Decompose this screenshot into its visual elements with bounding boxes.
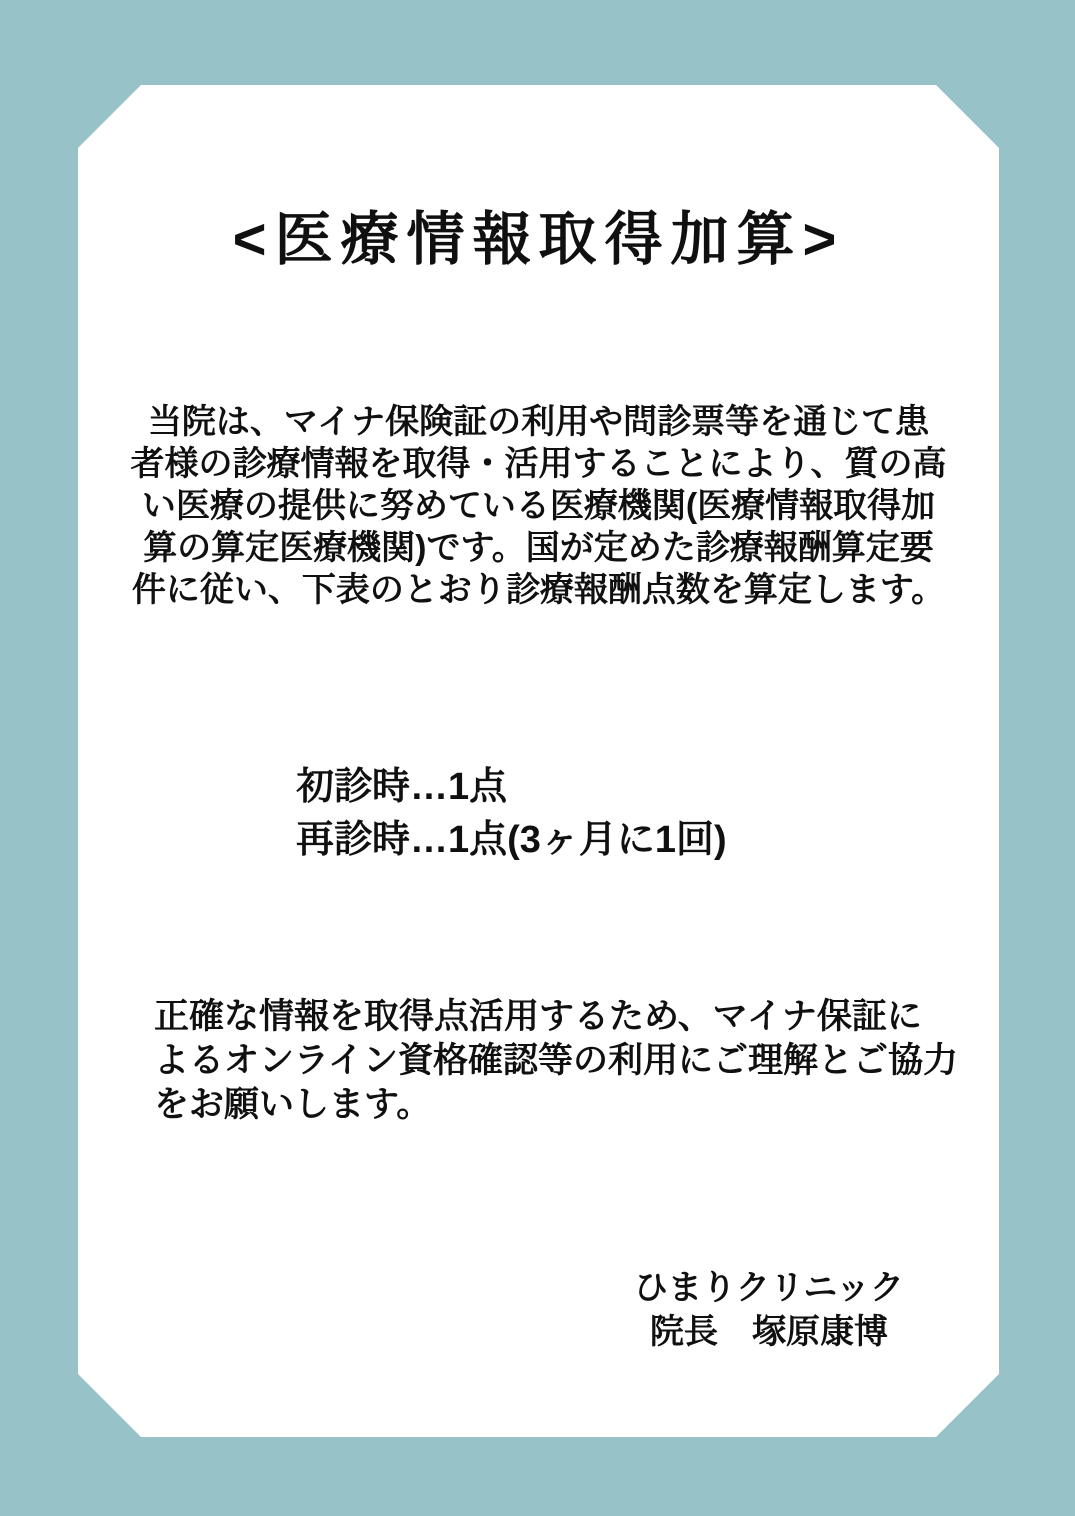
intro-line: 者様の診療情報を取得・活用することにより、質の高 <box>78 443 999 485</box>
poster-background: <医療情報取得加算> 当院は、マイナ保険証の利用や問診票等を通じて患 者様の診療… <box>0 0 1075 1516</box>
request-line: をお願いします。 <box>154 1083 954 1127</box>
poster-card: <医療情報取得加算> 当院は、マイナ保険証の利用や問診票等を通じて患 者様の診療… <box>78 85 999 1437</box>
request-line: 正確な情報を取得点活用するため、マイナ保証に <box>154 995 954 1039</box>
poster-title: <医療情報取得加算> <box>78 211 999 269</box>
fee-points-block: 初診時…1点 再診時…1点(3ヶ月に1回) <box>296 761 727 867</box>
director-name: 院長 塚原康博 <box>519 1310 1019 1354</box>
fee-point-first-visit: 初診時…1点 <box>296 761 727 814</box>
intro-line: 当院は、マイナ保険証の利用や問診票等を通じて患 <box>78 401 999 443</box>
intro-line: 算の算定医療機関)です。国が定めた診療報酬算定要 <box>78 527 999 569</box>
request-paragraph: 正確な情報を取得点活用するため、マイナ保証に よるオンライン資格確認等の利用にご… <box>154 995 954 1127</box>
clinic-name: ひまりクリニック <box>519 1266 1019 1310</box>
intro-line: 件に従い、下表のとおり診療報酬点数を算定します。 <box>78 569 999 611</box>
intro-paragraph: 当院は、マイナ保険証の利用や問診票等を通じて患 者様の診療情報を取得・活用するこ… <box>78 401 999 611</box>
request-line: よるオンライン資格確認等の利用にご理解とご協力 <box>154 1039 954 1083</box>
signature-block: ひまりクリニック 院長 塚原康博 <box>519 1266 1019 1354</box>
intro-line: い医療の提供に努めている医療機関(医療情報取得加 <box>78 485 999 527</box>
fee-point-revisit: 再診時…1点(3ヶ月に1回) <box>296 814 727 867</box>
